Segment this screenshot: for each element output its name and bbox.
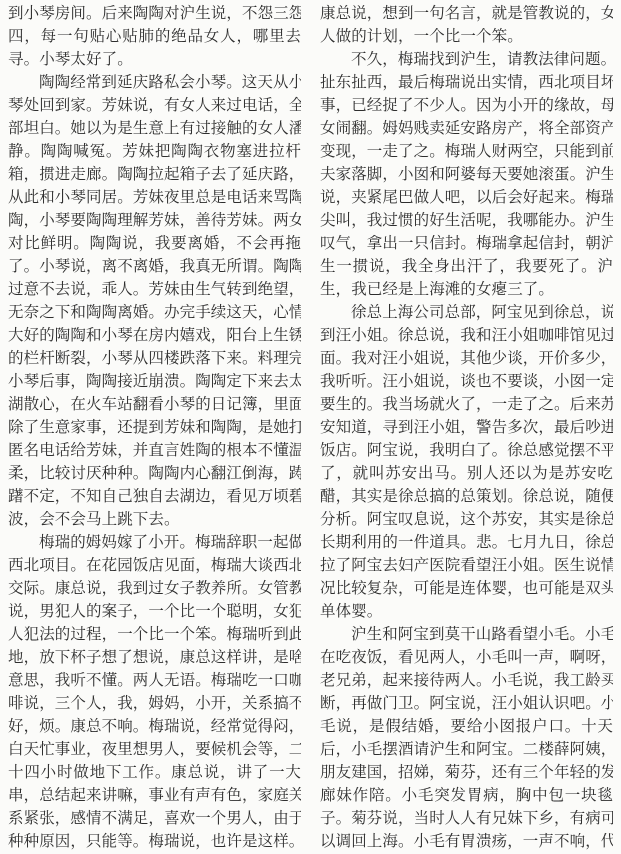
text-line: 琴处回到家。芳妹说，有女人来过电话，全	[8, 94, 301, 117]
text-line: 安知道，寻到汪小姐，警告多次，最后吵进	[320, 416, 613, 439]
text-line: 分析。阿宝叹息说，这个苏安，其实是徐总	[320, 508, 613, 531]
text-line: 徐总上海公司总部，阿宝见到徐总，说	[320, 301, 613, 324]
text-line: 的栏杆断裂，小琴从四楼跌落下来。料理完	[8, 347, 301, 370]
text-line: 饭店。阿宝说，我明白了。徐总感觉摆不平	[320, 439, 613, 462]
text-line: 到小琴房间。后来陶陶对沪生说，不怨三怨	[8, 2, 301, 25]
text-line: 啡说，三个人，我，姆妈，小开，关系搞不	[8, 692, 301, 715]
text-line: 生一掼说，我全身出汗了，我要死了。沪	[320, 255, 613, 278]
text-column-left: 到小琴房间。后来陶陶对沪生说，不怨三怨四，每一句贴心贴肺的绝品女人，哪里去寻。小…	[8, 2, 301, 854]
text-line: 躇不定，不知自己独自去湖边，看见万顷碧	[8, 485, 301, 508]
text-line: 过意不去说，乖人。芳妹由生气转到绝望，	[8, 278, 301, 301]
text-line: 波，会不会马上跳下去。	[8, 508, 301, 531]
text-line: 匿名电话给芳妹，并直言姓陶的根本不懂温	[8, 439, 301, 462]
text-line: 到汪小姐。徐总说，我和汪小姐咖啡馆见过	[320, 324, 613, 347]
text-line: 廊妹作陪。小毛突发胃病，胸中包一块毯	[320, 784, 613, 807]
text-line: 陶陶经常到延庆路私会小琴。这天从小	[8, 71, 301, 94]
text-column-right: 康总说，想到一句名言，就是管教说的，女人做的计划，一个比一个笨。不久，梅瑞找到沪…	[320, 2, 613, 854]
text-line: 西北项目。在花园饭店见面，梅瑞大谈西北	[8, 554, 301, 577]
text-line: 好，烦。康总不响。梅瑞说，经常觉得闷，	[8, 715, 301, 738]
text-line: 寻。小琴太好了。	[8, 48, 301, 71]
text-line: 人犯法的过程，一个比一个笨。梅瑞听到此	[8, 623, 301, 646]
text-line: 长期利用的一件道具。悲。七月九日，徐总	[320, 531, 613, 554]
text-line: 以调回上海。小毛有胃溃疡，一声不响，代	[320, 830, 613, 853]
text-line: 静。陶陶喊冤。芳妹把陶陶衣物塞进拉杆	[8, 140, 301, 163]
text-line: 子。菊芬说，当时人人有兄妹下乡，有病可	[320, 807, 613, 830]
text-line: 事，已经捉了不少人。因为小开的缘故，母	[320, 94, 613, 117]
text-line: 小琴后事，陶陶接近崩溃。陶陶定下来去太	[8, 370, 301, 393]
text-line: 要生的。我当场就火了，一走了之。后来苏	[320, 393, 613, 416]
text-line: 地，放下杯子想了想说，康总这样讲，是啥	[8, 646, 301, 669]
text-line: 朋友建国，招娣，菊芬，还有三个年轻的发	[320, 761, 613, 784]
text-line: 除了生意家事，还提到芳妹和陶陶，是她打	[8, 416, 301, 439]
text-line: 十四小时做地下工作。康总说，讲了一大	[8, 761, 301, 784]
text-line: 了，就叫苏安出马。别人还以为是苏安吃	[320, 462, 613, 485]
text-line: 对比鲜明。陶陶说，我要离婚，不会再拖	[8, 232, 301, 255]
text-line: 系紧张，感情不满足，喜欢一个男人，由于	[8, 807, 301, 830]
text-line: 湖散心，在火车站翻看小琴的日记簿，里面	[8, 393, 301, 416]
text-line: 毛说，是假结婚，要给小囡报户口。十天	[320, 715, 613, 738]
text-line: 梅瑞的姆妈嫁了小开。梅瑞辞职一起做	[8, 531, 301, 554]
text-line: 串，总结起来讲嘛，事业有声有色，家庭关	[8, 784, 301, 807]
text-line: 生，我已经是上海滩的女瘪三了。	[320, 278, 613, 301]
text-line: 四，每一句贴心贴肺的绝品女人，哪里去	[8, 25, 301, 48]
text-line: 不久，梅瑞找到沪生，请教法律问题。	[320, 48, 613, 71]
text-line: 夫家落脚，小囡和阿婆每天要她滚蛋。沪生	[320, 163, 613, 186]
text-line: 白天忙事业，夜里想男人，要候机会等，二	[8, 738, 301, 761]
text-line: 交际。康总说，我到过女子教养所。女管教	[8, 577, 301, 600]
text-line: 后，小毛摆酒请沪生和阿宝。二楼薛阿姨，	[320, 738, 613, 761]
text-line: 人做的计划，一个比一个笨。	[320, 25, 613, 48]
text-line: 大好的陶陶和小琴在房内嬉戏，阳台上生锈	[8, 324, 301, 347]
text-line: 意思，我听不懂。两人无语。梅瑞吃一口咖	[8, 669, 301, 692]
text-line: 变现，一走了之。梅瑞人财两空，只能到前	[320, 140, 613, 163]
text-line: 叹气，拿出一只信封。梅瑞拿起信封，朝沪	[320, 232, 613, 255]
text-line: 扯东扯西，最后梅瑞说出实情，西北项目坏	[320, 71, 613, 94]
text-line: 女闹翻。姆妈贱卖延安路房产，将全部资产	[320, 117, 613, 140]
text-line: 沪生和阿宝到莫干山路看望小毛。小毛	[320, 623, 613, 646]
text-line: 箱，掼进走廊。陶陶拉起箱子去了延庆路，	[8, 163, 301, 186]
text-line: 说，男犯人的案子，一个比一个聪明，女犯	[8, 600, 301, 623]
text-line: 面。我对汪小姐说，其他少谈，开价多少，	[320, 347, 613, 370]
text-line: 种种原因，只能等。梅瑞说，也许是这样。	[8, 830, 301, 853]
text-line: 陶，小琴要陶陶理解芳妹，善待芳妹。两女	[8, 209, 301, 232]
text-line: 尖叫，我过惯的好生活呢，我哪能办。沪生	[320, 209, 613, 232]
text-line: 从此和小琴同居。芳妹夜里总是电话来骂陶	[8, 186, 301, 209]
text-line: 在吃夜饭，看见两人，小毛叫一声，啊呀，	[320, 646, 613, 669]
text-line: 况比较复杂，可能是连体婴，也可能是双头	[320, 577, 613, 600]
text-line: 部坦白。她以为是生意上有过接触的女人潘	[8, 117, 301, 140]
text-line: 醋，其实是徐总搞的总策划。徐总说，随便	[320, 485, 613, 508]
text-line: 说，夹紧尾巴做人吧，以后会好起来。梅瑞	[320, 186, 613, 209]
text-line: 柔，比较讨厌种种。陶陶内心翻江倒海，踌	[8, 462, 301, 485]
text-line: 老兄弟，起来接待两人。小毛说，我工龄买	[320, 669, 613, 692]
text-line: 我听听。汪小姐说，谈也不要谈，小囡一定	[320, 370, 613, 393]
text-line: 了。小琴说，离不离婚，我真无所谓。陶陶	[8, 255, 301, 278]
novel-page: 到小琴房间。后来陶陶对沪生说，不怨三怨四，每一句贴心贴肺的绝品女人，哪里去寻。小…	[0, 0, 621, 854]
text-line: 拉了阿宝去妇产医院看望汪小姐。医生说情	[320, 554, 613, 577]
text-line: 康总说，想到一句名言，就是管教说的，女	[320, 2, 613, 25]
text-line: 断，再做门卫。阿宝说，汪小姐认识吧。小	[320, 692, 613, 715]
text-line: 无奈之下和陶陶离婚。办完手续这天，心情	[8, 301, 301, 324]
text-line: 单体婴。	[320, 600, 613, 623]
